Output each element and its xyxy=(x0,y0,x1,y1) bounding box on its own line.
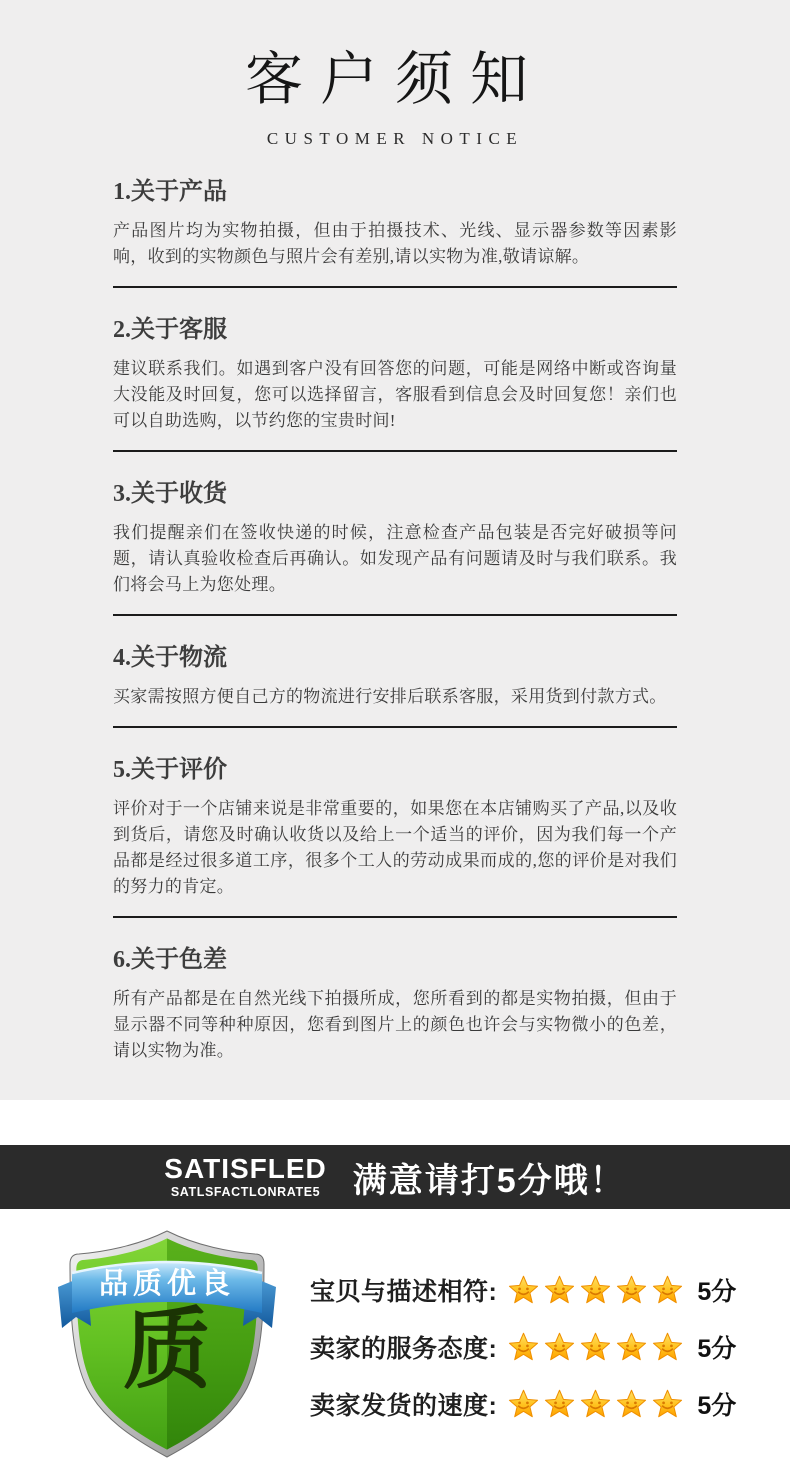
section-body: 买家需按照方便自己方的物流进行安排后联系客服，采用货到付款方式。 xyxy=(113,684,677,710)
rating-score: 5分 xyxy=(697,1386,736,1422)
section-divider xyxy=(113,286,677,288)
star-icon xyxy=(544,1332,575,1362)
shield-icon: 质 品质优良 xyxy=(54,1225,280,1461)
banner-chinese-text: 满意请打5分哦！ xyxy=(353,1153,626,1202)
star-icon xyxy=(616,1332,647,1362)
star-rating-icons xyxy=(508,1275,683,1305)
star-icon xyxy=(652,1332,683,1362)
star-rating-icons xyxy=(508,1389,683,1419)
rating-area: 质 品质优良 宝贝与描述相符: 5分 卖家的服务态度: 5分 xyxy=(0,1209,790,1475)
shield-center-char: 质 xyxy=(123,1300,211,1399)
section-divider xyxy=(113,614,677,616)
section-heading: 2.关于客服 xyxy=(113,316,677,345)
rating-row-shipping-speed: 卖家发货的速度: 5分 xyxy=(310,1387,736,1421)
notice-section-receiving: 3.关于收货 我们提醒亲们在签收快递的时候，注意检查产品包装是否完好破损等问题，… xyxy=(113,480,677,616)
star-icon xyxy=(544,1275,575,1305)
star-icon xyxy=(508,1275,539,1305)
star-icon xyxy=(580,1275,611,1305)
section-divider xyxy=(113,726,677,728)
star-icon xyxy=(580,1389,611,1419)
star-icon xyxy=(616,1275,647,1305)
star-icon xyxy=(580,1332,611,1362)
notice-section-color-difference: 6.关于色差 所有产品都是在自然光线下拍摄所成，您所看到的都是实物拍摄，但由于显… xyxy=(113,946,677,1064)
section-heading: 5.关于评价 xyxy=(113,756,677,785)
section-body: 所有产品都是在自然光线下拍摄所成，您所看到的都是实物拍摄，但由于显示器不同等种种… xyxy=(113,986,677,1064)
ribbon-text: 品质优良 xyxy=(99,1267,235,1300)
star-icon xyxy=(508,1389,539,1419)
section-body: 建议联系我们。如遇到客户没有回答您的问题，可能是网络中断或咨询量大没能及时回复，… xyxy=(113,356,677,434)
section-heading: 1.关于产品 xyxy=(113,178,677,207)
star-rating-icons xyxy=(508,1332,683,1362)
banner-english-title: SATISFLED xyxy=(164,1155,326,1183)
page-subtitle: CUSTOMER NOTICE xyxy=(113,128,677,150)
section-body: 评价对于一个店铺来说是非常重要的，如果您在本店铺购买了产品,以及收到货后，请您及… xyxy=(113,796,677,900)
rating-rows: 宝贝与描述相符: 5分 卖家的服务态度: 5分 卖家发货的速度: 5分 xyxy=(310,1273,736,1421)
star-icon xyxy=(544,1389,575,1419)
notice-section-service: 2.关于客服 建议联系我们。如遇到客户没有回答您的问题，可能是网络中断或咨询量大… xyxy=(113,316,677,452)
rating-row-description-match: 宝贝与描述相符: 5分 xyxy=(310,1273,736,1307)
rating-label: 卖家发货的速度: xyxy=(310,1386,497,1422)
rating-score: 5分 xyxy=(697,1329,736,1365)
section-divider xyxy=(113,916,677,918)
notice-area: 客户须知 CUSTOMER NOTICE 1.关于产品 产品图片均为实物拍摄，但… xyxy=(0,0,790,1100)
rating-score: 5分 xyxy=(697,1272,736,1308)
section-body: 我们提醒亲们在签收快递的时候，注意检查产品包装是否完好破损等问题，请认真验收检查… xyxy=(113,520,677,598)
rating-label: 卖家的服务态度: xyxy=(310,1329,497,1365)
quality-shield-badge: 质 品质优良 xyxy=(54,1225,280,1461)
satisfaction-banner: SATISFLED SATLSFACTLONRATE5 满意请打5分哦！ xyxy=(0,1145,790,1209)
section-divider xyxy=(113,450,677,452)
rating-label: 宝贝与描述相符: xyxy=(310,1272,497,1308)
banner-english-subtitle: SATLSFACTLONRATE5 xyxy=(164,1186,326,1199)
section-heading: 3.关于收货 xyxy=(113,480,677,509)
star-icon xyxy=(508,1332,539,1362)
section-body: 产品图片均为实物拍摄，但由于拍摄技术、光线、显示器参数等因素影响，收到的实物颜色… xyxy=(113,218,677,270)
notice-section-product: 1.关于产品 产品图片均为实物拍摄，但由于拍摄技术、光线、显示器参数等因素影响，… xyxy=(113,178,677,288)
star-icon xyxy=(616,1389,647,1419)
section-heading: 6.关于色差 xyxy=(113,946,677,975)
customer-notice-page: 客户须知 CUSTOMER NOTICE 1.关于产品 产品图片均为实物拍摄，但… xyxy=(0,0,790,1475)
section-heading: 4.关于物流 xyxy=(113,644,677,673)
notice-section-logistics: 4.关于物流 买家需按照方便自己方的物流进行安排后联系客服，采用货到付款方式。 xyxy=(113,644,677,728)
notice-section-review: 5.关于评价 评价对于一个店铺来说是非常重要的，如果您在本店铺购买了产品,以及收… xyxy=(113,756,677,918)
page-title: 客户须知 xyxy=(113,48,677,112)
star-icon xyxy=(652,1275,683,1305)
star-icon xyxy=(652,1389,683,1419)
rating-row-service-attitude: 卖家的服务态度: 5分 xyxy=(310,1330,736,1364)
banner-english-block: SATISFLED SATLSFACTLONRATE5 xyxy=(164,1155,326,1199)
